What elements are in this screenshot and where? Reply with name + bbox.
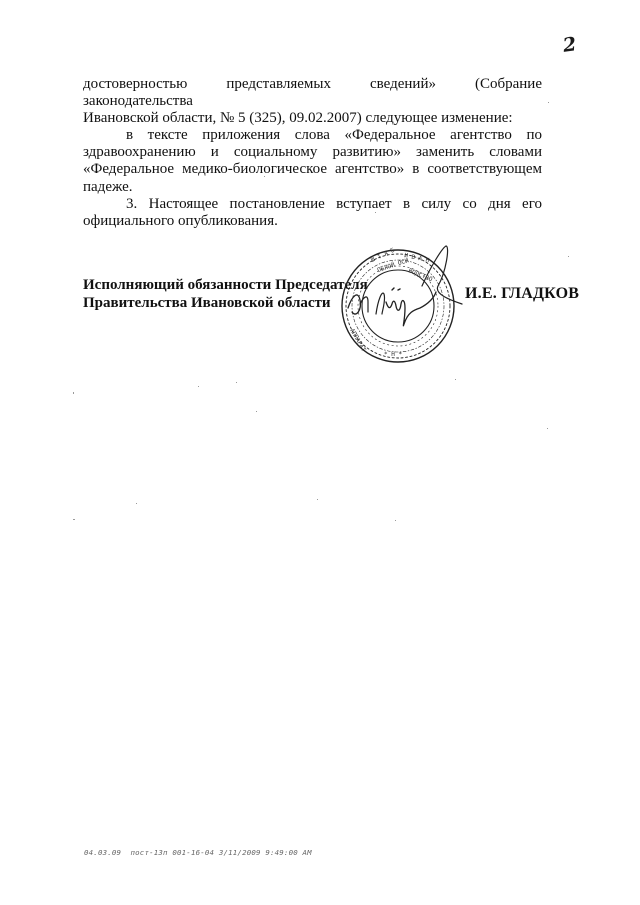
page-number: 2: [562, 33, 578, 57]
scan-speck: [375, 212, 376, 213]
signatory-position: Исполняющий обязанности Председателя Пра…: [83, 276, 368, 312]
scan-speck: [264, 176, 265, 177]
signatory-position-line-2: Правительства Ивановской области: [83, 294, 368, 312]
paragraph-continuation-line-1: достоверностью представляемых сведений» …: [83, 76, 542, 110]
svg-text:* Н *: * Н *: [384, 351, 402, 358]
scan-speck: [568, 256, 569, 257]
scan-speck: [547, 428, 548, 429]
signatory-position-line-1: Исполняющий обязанности Председателя: [83, 276, 368, 294]
scan-speck: [73, 519, 75, 520]
scan-speck: [395, 520, 396, 521]
scan-speck: [548, 102, 549, 103]
scan-speck: [198, 386, 199, 387]
paragraph-amendment: в тексте приложения слова «Федеральное а…: [83, 127, 542, 195]
document-body: достоверностью представляемых сведений» …: [83, 76, 542, 230]
scan-speck: [73, 392, 74, 394]
official-seal-icon: Ш Т А Б И В А Н ОБЛОЙ ОСИ ВОДСТВО АППАРА…: [338, 238, 466, 366]
paragraph-effective-date: 3. Настоящее постановление вступает в си…: [83, 196, 542, 230]
scan-speck: [317, 499, 318, 500]
scan-speck: [256, 411, 257, 412]
svg-text:АППАРАТ: АППАРАТ: [348, 328, 367, 354]
scan-speck: [455, 379, 456, 380]
document-footer-metadata: 04.03.09 пост-13п 001-16-04 3/11/2009 9:…: [84, 848, 312, 857]
scan-speck: [136, 503, 137, 504]
scan-speck: [236, 382, 237, 383]
paragraph-continuation-line-2: Ивановской области, № 5 (325), 09.02.200…: [83, 110, 542, 127]
signatory-name: И.Е. ГЛАДКОВ: [465, 285, 579, 303]
